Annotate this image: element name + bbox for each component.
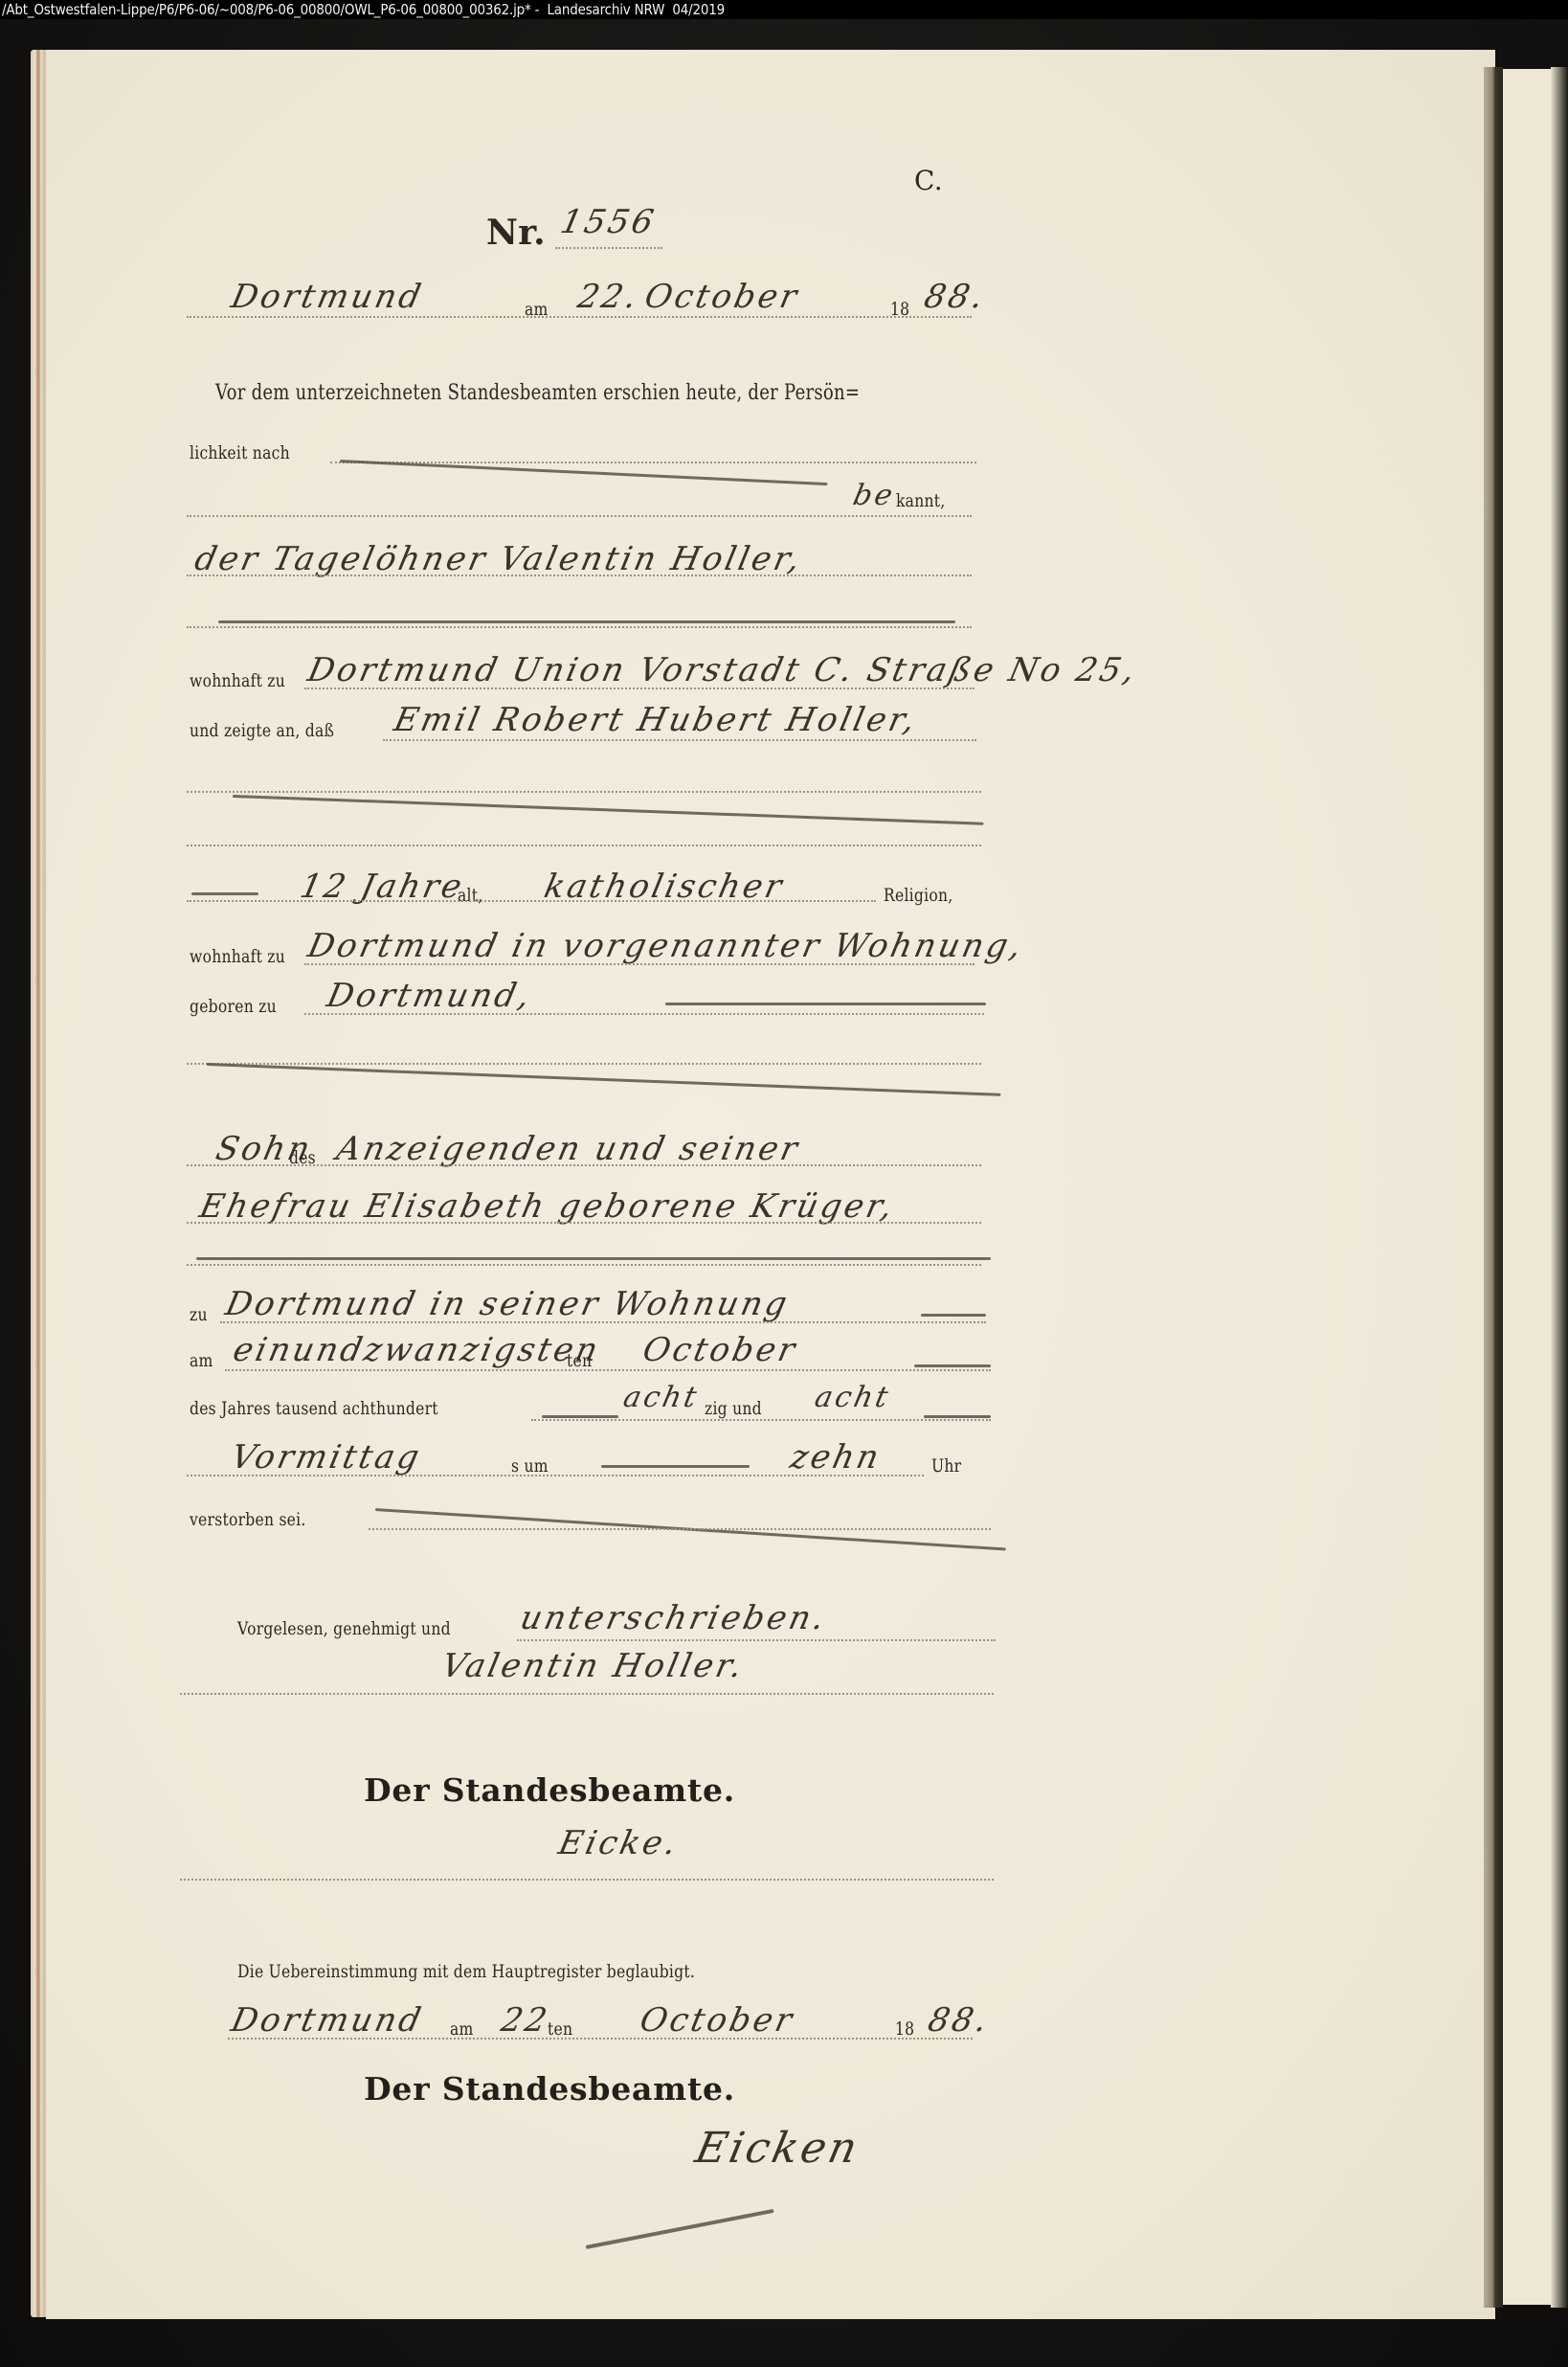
dotted-line bbox=[187, 1475, 924, 1477]
dotted-line bbox=[187, 900, 876, 902]
strike-line bbox=[218, 620, 955, 623]
cert-place: Dortmund bbox=[228, 2001, 427, 2040]
cert-year-prefix: 18 bbox=[895, 2018, 914, 2040]
cert-ten-label: ten bbox=[548, 2018, 572, 2040]
year-tens-value: acht bbox=[620, 1381, 703, 1414]
born-value: Dortmund, bbox=[324, 977, 536, 1015]
death-register-form: C. Nr. 1556 Dortmund am 22. October 18 8… bbox=[0, 0, 1568, 2367]
date-day: 22. bbox=[574, 278, 643, 316]
death-day-value: einundzwanzigsten bbox=[230, 1331, 604, 1369]
death-day-label: am bbox=[190, 1350, 213, 1371]
place-value: Dortmund bbox=[228, 278, 427, 316]
date-month: October bbox=[641, 278, 803, 316]
known-label: kannt, bbox=[896, 490, 945, 511]
strike-line bbox=[665, 1003, 986, 1005]
death-day-suffix: ten bbox=[567, 1350, 592, 1371]
cert-registrar-heading: Der Standesbeamte. bbox=[364, 2070, 735, 2108]
dotted-line bbox=[187, 575, 972, 576]
intro-line-1: Vor dem unterzeichneten Standesbeamten e… bbox=[215, 381, 860, 405]
record-number: 1556 bbox=[557, 203, 660, 241]
dotted-line bbox=[187, 791, 981, 793]
deceased-residence-value: Dortmund in vorgenannter Wohnung, bbox=[304, 927, 1027, 965]
dotted-line bbox=[383, 739, 976, 741]
age-label: alt, bbox=[458, 885, 482, 906]
dotted-line bbox=[304, 688, 974, 689]
cert-day: 22 bbox=[498, 2001, 553, 2040]
dotted-line bbox=[369, 1528, 991, 1530]
dotted-line bbox=[517, 1639, 996, 1641]
dotted-line bbox=[180, 1693, 994, 1695]
dotted-line bbox=[531, 1419, 991, 1421]
informant-name: der Tagelöhner Valentin Holler, bbox=[191, 540, 806, 578]
time-s-um-label: s um bbox=[511, 1455, 549, 1477]
parents-line-1: Anzeigenden und seiner bbox=[333, 1130, 803, 1168]
dotted-line bbox=[304, 963, 974, 965]
strike-line bbox=[233, 795, 984, 825]
death-place-label: zu bbox=[190, 1304, 208, 1325]
residence-value: Dortmund Union Vorstadt C. Straße No 25, bbox=[304, 651, 1141, 689]
informant-signature: Valentin Holler. bbox=[438, 1647, 749, 1685]
cert-am-label: am bbox=[450, 2018, 474, 2040]
dotted-line bbox=[187, 1264, 981, 1266]
strike-line bbox=[196, 1257, 991, 1260]
time-of-day-value: Vormittag bbox=[228, 1438, 425, 1477]
deceased-name: Emil Robert Hubert Holler, bbox=[391, 701, 921, 739]
number-label: Nr. bbox=[486, 213, 546, 253]
religion-label: Religion, bbox=[884, 885, 952, 906]
deceased-residence-label: wohnhaft zu bbox=[190, 946, 285, 967]
read-value: unterschrieben. bbox=[517, 1599, 831, 1637]
death-month-value: October bbox=[639, 1331, 801, 1369]
dotted-line bbox=[187, 1222, 981, 1224]
year-zig-label: zig und bbox=[705, 1398, 762, 1419]
dotted-line bbox=[555, 247, 662, 249]
registrar-signature: Eicke. bbox=[555, 1824, 683, 1862]
born-label: geboren zu bbox=[190, 996, 277, 1017]
hour-value: zehn bbox=[787, 1438, 885, 1477]
strike-line bbox=[921, 1314, 986, 1317]
dotted-line bbox=[187, 316, 972, 318]
series-letter: C. bbox=[914, 165, 943, 196]
cert-year-suffix: 88. bbox=[925, 2001, 994, 2040]
strike-line bbox=[340, 460, 828, 485]
read-label: Vorgelesen, genehmigt und bbox=[237, 1618, 451, 1639]
dotted-line bbox=[220, 1321, 986, 1323]
strike-line bbox=[914, 1364, 991, 1367]
residence-label: wohnhaft zu bbox=[190, 670, 285, 691]
strike-line bbox=[542, 1415, 618, 1418]
personality-label: lichkeit nach bbox=[190, 442, 290, 463]
died-label: verstorben sei. bbox=[190, 1509, 306, 1530]
strike-line bbox=[924, 1415, 991, 1418]
cert-registrar-signature: Eicken bbox=[691, 2124, 864, 2173]
parents-line-2: Ehefrau Elisabeth geborene Krüger, bbox=[196, 1187, 899, 1226]
cert-month: October bbox=[637, 2001, 798, 2040]
dotted-line bbox=[225, 1369, 991, 1371]
year-label: des Jahres tausend achthundert bbox=[190, 1398, 438, 1419]
dotted-line bbox=[228, 2038, 973, 2040]
certification-text: Die Uebereinstimmung mit dem Hauptregist… bbox=[237, 1961, 695, 1982]
strike-line bbox=[207, 1063, 1001, 1096]
dotted-line bbox=[304, 1013, 984, 1015]
known-prefix: be bbox=[850, 479, 898, 512]
death-place-value: Dortmund in seiner Wohnung bbox=[222, 1285, 793, 1323]
year-suffix: 88. bbox=[921, 278, 990, 316]
strike-line bbox=[191, 892, 258, 895]
year-units-value: acht bbox=[812, 1381, 894, 1414]
registrar-heading: Der Standesbeamte. bbox=[364, 1771, 735, 1809]
dotted-line bbox=[187, 1063, 981, 1065]
dotted-line bbox=[187, 1164, 981, 1166]
signature-flourish bbox=[586, 2209, 774, 2249]
dotted-line bbox=[187, 845, 981, 846]
dotted-line bbox=[187, 626, 972, 628]
hour-label: Uhr bbox=[931, 1455, 961, 1477]
strike-line bbox=[601, 1465, 750, 1468]
dotted-line bbox=[187, 515, 972, 517]
dotted-line bbox=[180, 1879, 994, 1881]
announced-label: und zeigte an, daß bbox=[190, 720, 334, 741]
